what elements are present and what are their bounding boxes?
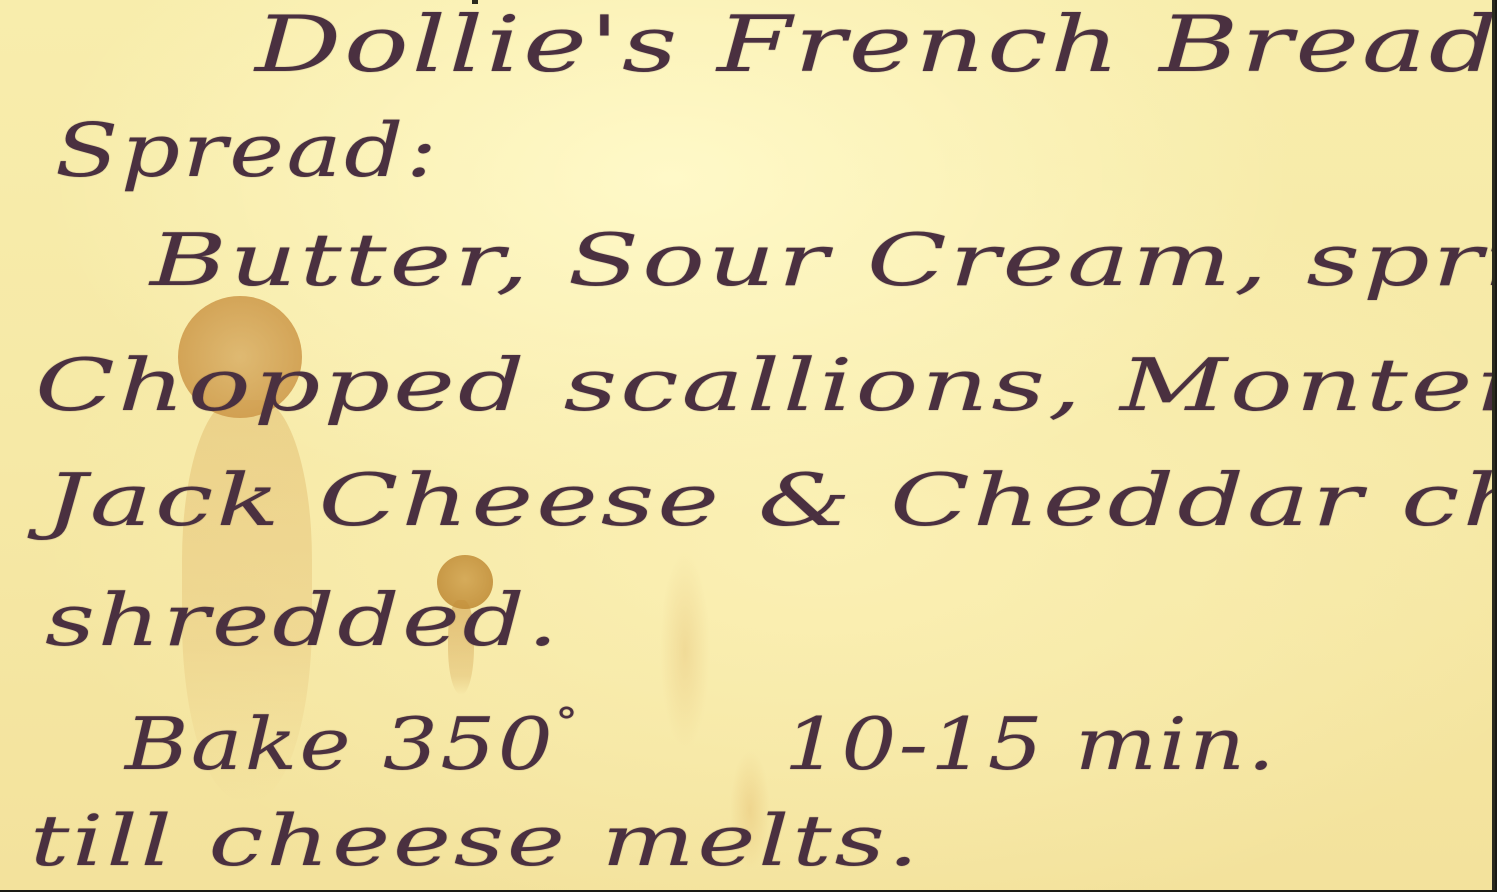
ingredients-line-2: Chopped scallions, Monteray: [35, 343, 1495, 427]
recipe-card: Dollie's French Bread: Spread: Butter, S…: [0, 0, 1495, 890]
ingredients-line-4: shredded.: [45, 578, 561, 662]
degree-symbol: °: [555, 700, 580, 744]
bake-verb: Bake: [125, 702, 353, 786]
finish-note: till cheese melts.: [30, 800, 921, 882]
section-label-spread: Spread:: [55, 108, 440, 194]
ingredients-line-3: Jack Cheese & Cheddar cheese: [45, 458, 1495, 542]
ingredients-line-1: Butter, Sour Cream, sprinkle: [150, 218, 1495, 302]
bake-time: 10-15 min.: [784, 702, 1277, 786]
bake-temperature: 350: [383, 702, 555, 786]
baking-instructions: Bake 350° 10-15 min.: [125, 700, 1277, 786]
recipe-title: Dollie's French Bread:: [255, 0, 1495, 90]
